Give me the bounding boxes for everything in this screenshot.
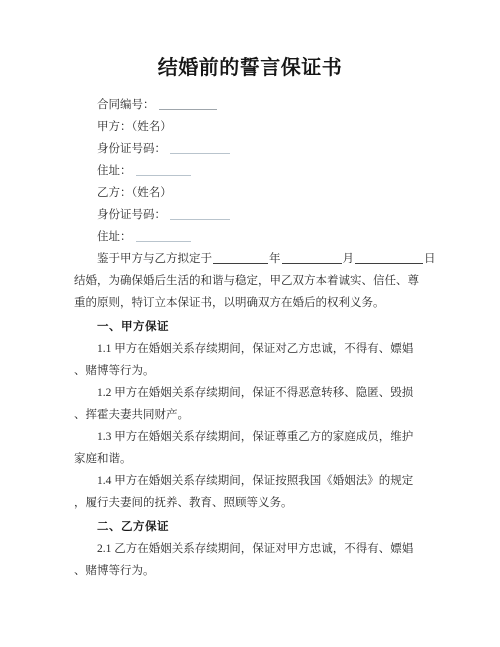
document-body: 合同编号： 甲方：（姓名） 身份证号码： 住址： 乙方：（姓名） 身份证号码： … <box>74 94 430 582</box>
intro-line: 结婚，为确保婚后生活的和谐与稳定，甲乙双方本着诚实、信任、尊 <box>74 270 430 292</box>
field-label: 甲方：（姓名） <box>97 121 172 133</box>
intro-date-line: 鉴于甲方与乙方拟定于年月日 <box>74 248 430 270</box>
field-label: 合同编号： <box>97 99 155 111</box>
field-party-b-id-number: 身份证号码： <box>74 204 430 226</box>
field-label: 乙方：（姓名） <box>97 187 172 199</box>
field-party-b: 乙方：（姓名） <box>74 182 430 204</box>
intro-line: 重的原则，特订立本保证书，以明确双方在婚后的权利义务。 <box>74 292 430 314</box>
year-label: 年 <box>269 253 281 265</box>
field-label: 住址： <box>97 165 132 177</box>
clause-2-1-line: 2.1 乙方在婚姻关系存续期间，保证对甲方忠诚，不得有、嫖娼 <box>74 538 430 560</box>
section-1-heading: 一、甲方保证 <box>74 316 430 338</box>
id-number-blank-line <box>170 142 230 154</box>
clause-2-1-line: 、赌博等行为。 <box>74 560 430 582</box>
clause-1-2-line: 、挥霍夫妻共同财产。 <box>74 404 430 426</box>
clause-1-3-line: 1.3 甲方在婚姻关系存续期间，保证尊重乙方的家庭成员，维护 <box>74 426 430 448</box>
address-blank-line <box>136 164 191 176</box>
contract-number-blank-line <box>159 98 217 110</box>
field-party-a-id-number: 身份证号码： <box>74 138 430 160</box>
document-page: 结婚前的誓言保证书 合同编号： 甲方：（姓名） 身份证号码： 住址： 乙方：（姓… <box>0 0 500 647</box>
year-blank-line <box>213 252 268 264</box>
field-party-a: 甲方：（姓名） <box>74 116 430 138</box>
field-party-a-address: 住址： <box>74 160 430 182</box>
field-contract-number: 合同编号： <box>74 94 430 116</box>
month-blank-line <box>282 252 342 264</box>
id-number-blank-line <box>170 208 230 220</box>
document-title: 结婚前的誓言保证书 <box>0 56 500 80</box>
day-blank-line <box>355 252 423 264</box>
field-label: 住址： <box>97 231 132 243</box>
clause-1-4-line: 1.4 甲方在婚姻关系存续期间，保证按照我国《婚姻法》的规定 <box>74 470 430 492</box>
field-label: 身份证号码： <box>97 209 166 221</box>
clause-1-3-line: 家庭和谐。 <box>74 448 430 470</box>
clause-1-2-line: 1.2 甲方在婚姻关系存续期间，保证不得恶意转移、隐匿、毁损 <box>74 382 430 404</box>
clause-1-1-line: 、赌博等行为。 <box>74 360 430 382</box>
intro-prefix: 鉴于甲方与乙方拟定于 <box>97 253 212 265</box>
clause-1-4-line: ，履行夫妻间的抚养、教育、照顾等义务。 <box>74 492 430 514</box>
field-label: 身份证号码： <box>97 143 166 155</box>
section-2-heading: 二、乙方保证 <box>74 516 430 538</box>
address-blank-line <box>136 230 191 242</box>
field-party-b-address: 住址： <box>74 226 430 248</box>
clause-1-1-line: 1.1 甲方在婚姻关系存续期间，保证对乙方忠诚，不得有、嫖娼 <box>74 338 430 360</box>
month-label: 月 <box>343 253 355 265</box>
day-label: 日 <box>424 253 436 265</box>
